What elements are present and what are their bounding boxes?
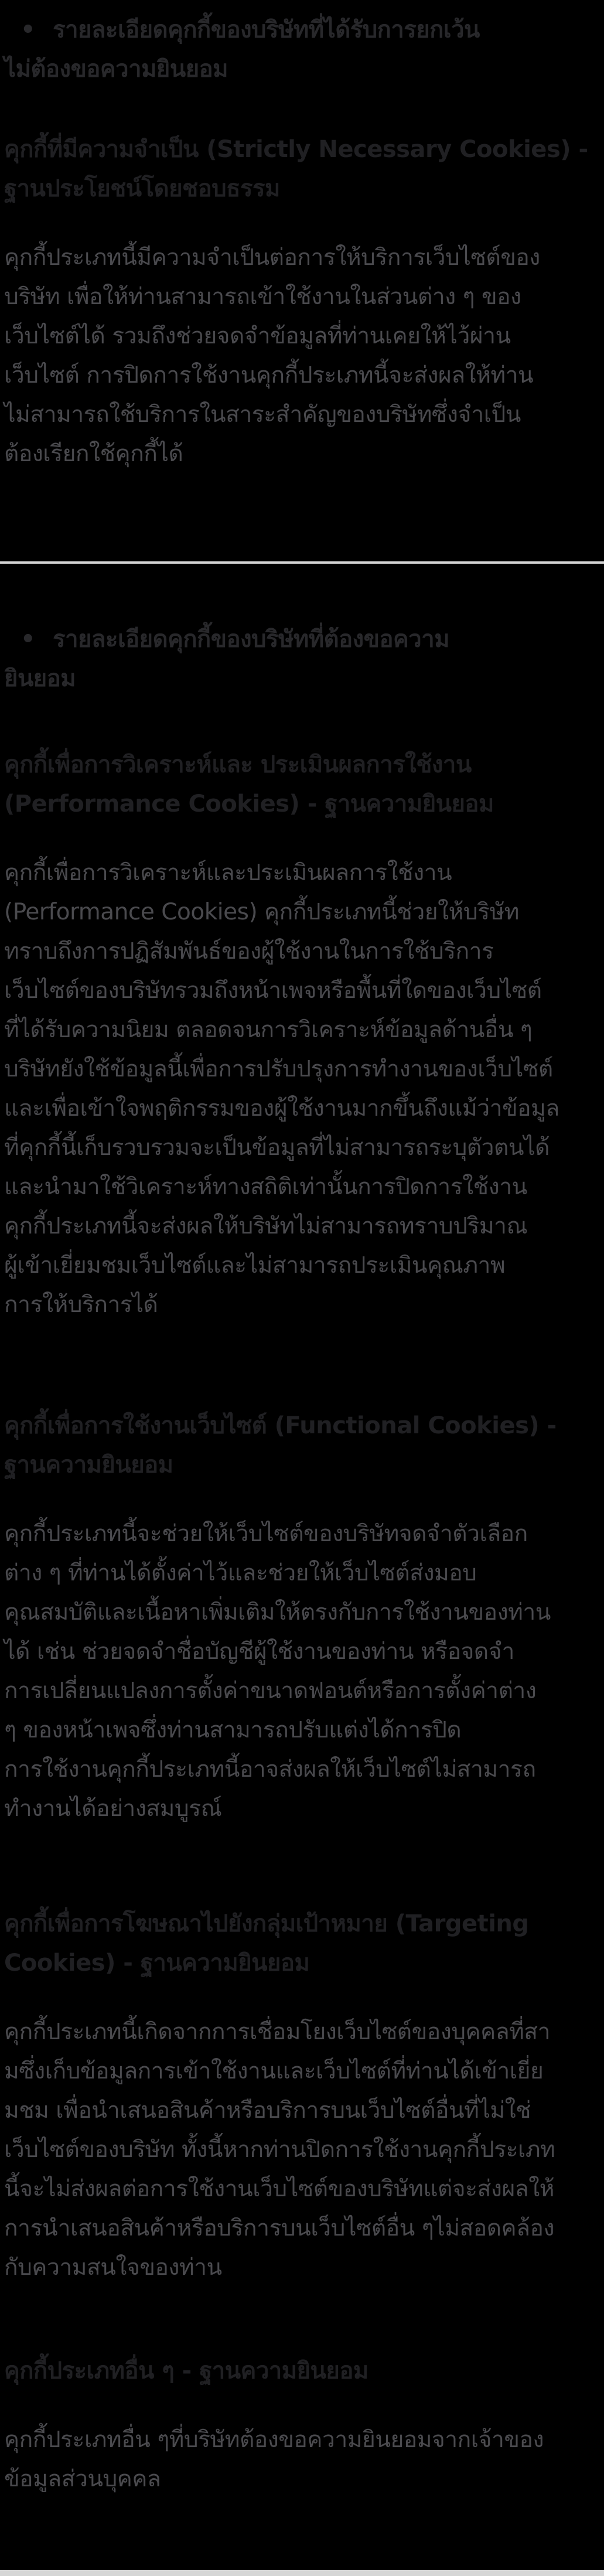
paragraph-line: การใช้งานคุกกี้ประเภทนี้อาจส่งผลให้เว็บไ…: [4, 1750, 604, 1789]
heading-functional-cookies: คุกกี้เพื่อการใช้งานเว็บไซต์ (Functional…: [4, 1406, 604, 1485]
paragraph-line: คุกกี้ประเภทนี้จะช่วยให้เว็บไซต์ของบริษั…: [4, 1514, 604, 1553]
paragraph-line: ไม่สามารถใช้บริการในสาระสำคัญของบริษัทซึ…: [4, 395, 604, 434]
paragraph-line: คุกกี้เพื่อการวิเคราะห์และประเมินผลการใช…: [4, 853, 604, 892]
paragraph-performance-cookies: คุกกี้เพื่อการวิเคราะห์และประเมินผลการใช…: [4, 853, 604, 1324]
paragraph-line: คุกกี้ประเภทอื่น ๆที่บริษัทต้องขอความยิน…: [4, 2420, 604, 2459]
paragraph-line: ที่ได้รับความนิยม ตลอดจนการวิเคราะห์ข้อม…: [4, 1010, 604, 1050]
paragraph-other-cookies: คุกกี้ประเภทอื่น ๆที่บริษัทต้องขอความยิน…: [4, 2420, 604, 2499]
paragraph-line: ได้ เช่น ช่วยจดจำชื่อบัญชีผู้ใช้งานของท่…: [4, 1632, 604, 1671]
heading-line: ฐานประโยชน์โดยชอบธรรม: [4, 169, 604, 209]
heading-line: ฐานความยินยอม: [4, 1446, 604, 1485]
heading-other-cookies: คุกกี้ประเภทอื่น ๆ - ฐานความยินยอม: [4, 2352, 604, 2391]
paragraph-line: ต้องเรียกใช้คุกกี้ได้: [4, 434, 604, 473]
paragraph-line: กับความสนใจของท่าน: [4, 2248, 604, 2287]
paragraph-line: และเพื่อเข้าใจพฤติกรรมของผู้ใช้งานมากขึ้…: [4, 1089, 604, 1128]
bullet-item-line: •รายละเอียดคุกกี้ของบริษัทที่ได้รับการยก…: [4, 11, 604, 50]
heading-line: Cookies) - ฐานความยินยอม: [4, 1944, 604, 1983]
paragraph-line: ที่คุกกี้นี้เก็บรวบรวมจะเป็นข้อมูลที่ไม่…: [4, 1128, 604, 1167]
paragraph-line: (Performance Cookies) คุกกี้ประเภทนี้ช่ว…: [4, 892, 604, 932]
paragraph-line: บริษัท เพื่อให้ท่านสามารถเข้าใช้งานในส่ว…: [4, 277, 604, 316]
paragraph-targeting-cookies: คุกกี้ประเภทนี้เกิดจากการเชื่อมโยงเว็บไซ…: [4, 2012, 604, 2287]
bullet-item-line: ไม่ต้องขอความยินยอม: [4, 50, 604, 89]
bullet-item-text: รายละเอียดคุกกี้ของบริษัทที่ได้รับการยกเ…: [53, 16, 480, 43]
bullet-item-line: ยินยอม: [4, 659, 604, 698]
section-divider: [0, 561, 604, 564]
paragraph-line: การนำเสนอสินค้าหรือบริการบนเว็บไซต์อื่น …: [4, 2209, 604, 2248]
paragraph-functional-cookies: คุกกี้ประเภทนี้จะช่วยให้เว็บไซต์ของบริษั…: [4, 1514, 604, 1828]
paragraph-line: นี้จะไม่ส่งผลต่อการใช้งานเว็บไซต์ของบริษ…: [4, 2169, 604, 2209]
heading-line: คุกกี้ประเภทอื่น ๆ - ฐานความยินยอม: [4, 2352, 604, 2391]
paragraph-line: เว็บไซต์ การปิดการใช้งานคุกกี้ประเภทนี้จ…: [4, 356, 604, 395]
paragraph-line: ทำงานได้อย่างสมบูรณ์: [4, 1789, 604, 1828]
cookie-policy-page: •รายละเอียดคุกกี้ของบริษัทที่ได้รับการยก…: [0, 0, 604, 2576]
heading-targeting-cookies: คุกกี้เพื่อการโฆษณาไปยังกลุ่มเป้าหมาย (T…: [4, 1904, 604, 1983]
paragraph-line: การเปลี่ยนแปลงการตั้งค่าขนาดฟอนต์หรือการ…: [4, 1671, 604, 1710]
paragraph-line: ๆ ของหน้าเพจซึ่งท่านสามารถปรับแต่งได้การ…: [4, 1710, 604, 1750]
paragraph-line: ข้อมูลส่วนบุคคล: [4, 2459, 604, 2499]
paragraph-line: บริษัทยังใช้ข้อมูลนี้เพื่อการปรับปรุงการ…: [4, 1050, 604, 1089]
paragraph-strictly-necessary-cookies: คุกกี้ประเภทนี้มีความจำเป็นต่อการให้บริก…: [4, 238, 604, 473]
bullet-item-line: •รายละเอียดคุกกี้ของบริษัทที่ต้องขอความ: [4, 620, 604, 659]
heading-line: คุกกี้เพื่อการใช้งานเว็บไซต์ (Functional…: [4, 1406, 604, 1446]
paragraph-line: เว็บไซต์ของบริษัทรวมถึงหน้าเพจหรือพื้นที…: [4, 971, 604, 1010]
paragraph-line: คุกกี้ประเภทนี้จะส่งผลให้บริษัทไม่สามารถ…: [4, 1207, 604, 1246]
heading-line: คุกกี้เพื่อการโฆษณาไปยังกลุ่มเป้าหมาย (T…: [4, 1904, 604, 1944]
bullet-item-consent-cookies: •รายละเอียดคุกกี้ของบริษัทที่ต้องขอความ …: [4, 620, 604, 698]
paragraph-line: และนำมาใช้วิเคราะห์ทางสถิติเท่านั้นการปิ…: [4, 1167, 604, 1207]
heading-line: (Performance Cookies) - ฐานความยินยอม: [4, 785, 604, 824]
paragraph-line: ต่าง ๆ ที่ท่านได้ตั้งค่าไว้และช่วยให้เว็…: [4, 1553, 604, 1593]
paragraph-line: เว็บไซต์ของบริษัท ทั้งนี้หากท่านปิดการใช…: [4, 2130, 604, 2169]
paragraph-line: มซึ่งเก็บข้อมูลการเข้าใช้งานและเว็บไซต์ท…: [4, 2052, 604, 2091]
heading-line: คุกกี้ที่มีความจำเป็น (Strictly Necessar…: [4, 130, 604, 169]
paragraph-line: คุกกี้ประเภทนี้มีความจำเป็นต่อการให้บริก…: [4, 238, 604, 277]
paragraph-line: คุกกี้ประเภทนี้เกิดจากการเชื่อมโยงเว็บไซ…: [4, 2012, 604, 2052]
bullet-marker-icon: •: [21, 620, 35, 659]
bullet-item-exempt-cookies: •รายละเอียดคุกกี้ของบริษัทที่ได้รับการยก…: [4, 11, 604, 89]
paragraph-line: เว็บไซต์ได้ รวมถึงช่วยจดจำข้อมูลที่ท่านเ…: [4, 316, 604, 356]
bottom-edge-strip: [0, 2570, 604, 2576]
bullet-item-text: รายละเอียดคุกกี้ของบริษัทที่ต้องขอความ: [53, 626, 449, 653]
paragraph-line: ผู้เข้าเยี่ยมชมเว็บไซต์และไม่สามารถประเม…: [4, 1246, 604, 1285]
paragraph-line: คุณสมบัติและเนื้อหาเพิ่มเติมให้ตรงกับการ…: [4, 1593, 604, 1632]
bullet-marker-icon: •: [21, 11, 35, 50]
paragraph-line: มชม เพื่อนำเสนอสินค้าหรือบริการบนเว็บไซต…: [4, 2091, 604, 2130]
heading-line: คุกกี้เพื่อการวิเคราะห์และ ประเมินผลการใ…: [4, 745, 604, 785]
paragraph-line: ทราบถึงการปฏิสัมพันธ์ของผู้ใช้งานในการใช…: [4, 932, 604, 971]
paragraph-line: การให้บริการได้: [4, 1285, 604, 1324]
heading-strictly-necessary-cookies: คุกกี้ที่มีความจำเป็น (Strictly Necessar…: [4, 130, 604, 209]
heading-performance-cookies: คุกกี้เพื่อการวิเคราะห์และ ประเมินผลการใ…: [4, 745, 604, 824]
